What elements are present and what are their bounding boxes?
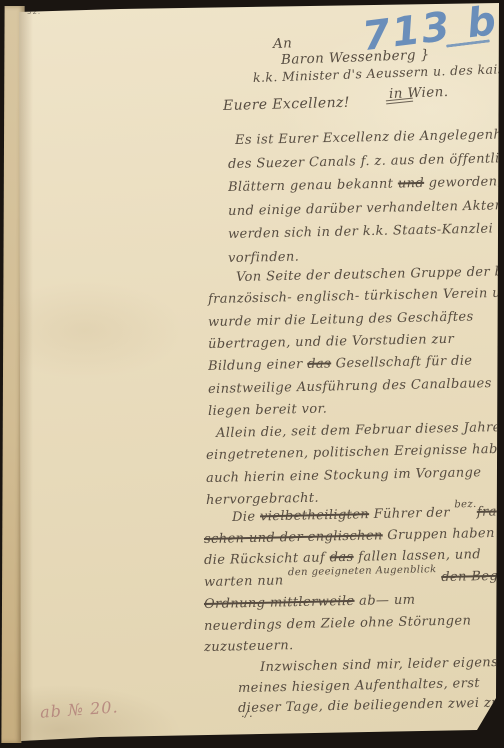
struck-text: den Beginn der gesetzlichen (441, 566, 504, 585)
letter-line: meines hiesigen Aufenthaltes, erst (238, 675, 480, 695)
handwritten-text: liegen bereit vor. (208, 401, 328, 418)
enclosure-margin-mark: ./. (241, 707, 253, 720)
handwritten-text: Von Seite der deutschen Gruppe der bethe… (236, 263, 504, 285)
handwritten-text: Die (232, 509, 260, 525)
handwritten-text: die Rücksicht auf (204, 551, 330, 569)
letter-line: werden sich in der k.k. Staats-Kanzlei (228, 221, 493, 242)
handwritten-text: Bildung einer (208, 357, 308, 374)
handwritten-text: fallen lassen, und (353, 548, 481, 566)
struck-text: franzö (477, 504, 504, 520)
handwritten-text: geworden, (424, 174, 502, 191)
handwritten-text: wurde mir die Leitung des Geschäftes (208, 309, 474, 330)
pencil-corner-mark: 32. (27, 8, 41, 16)
letter-line: des Suezer Canals f. z. aus den öffentli… (228, 150, 504, 171)
address-line-an: An (273, 35, 293, 52)
handwritten-text: übertragen, und die Vorstudien zur (208, 332, 454, 352)
handwritten-text: werden sich in der k.k. Staats-Kanzlei (228, 221, 493, 242)
letter-line: vorfinden. (228, 249, 300, 265)
handwritten-text: neuerdings dem Ziele ohne Störungen (204, 613, 472, 634)
letter-line: hervorgebracht. (206, 491, 319, 508)
letter-line: wurde mir die Leitung des Geschäftes (208, 309, 474, 330)
handwritten-text: Allein die, seit dem Februar dieses Jahr… (216, 420, 504, 441)
handwritten-text: Gruppen haben aber (383, 525, 504, 543)
letter-line: einstweilige Ausführung des Canalbaues (208, 376, 492, 397)
letter-line: dieser Tage, die beiliegenden zwei zu g. (238, 695, 504, 716)
letter-line: eingetretenen, politischen Ereignisse ha… (206, 442, 504, 463)
letter-line: und einige darüber verhandelten Akten (228, 198, 504, 219)
letter-line: warten nun den geeigneten Augenblick den… (204, 566, 504, 590)
letter-line: Inzwischen sind mir, leider eigens (260, 655, 499, 675)
letter-line: Von Seite der deutschen Gruppe der bethe… (236, 263, 504, 285)
handwritten-text: ab— um (354, 592, 415, 608)
handwritten-text: eingetretenen, politischen Ereignisse ha… (206, 442, 504, 463)
interlinear-insertion: bez. (454, 499, 477, 510)
letter-line: liegen bereit vor. (208, 401, 328, 418)
handwritten-text: meines hiesigen Aufenthaltes, erst (238, 675, 480, 695)
struck-text: das (307, 357, 331, 372)
struck-text: und (398, 176, 425, 192)
letter-line: Allein die, seit dem Februar dieses Jahr… (216, 420, 504, 441)
handwritten-text: warten nun (204, 573, 288, 590)
handwritten-text: französisch- englisch- türkischen Verein… (208, 286, 504, 308)
handwritten-text: auch hierin eine Stockung im Vorgange (206, 465, 482, 486)
letter-line: Blättern genau bekannt und geworden, (228, 174, 502, 195)
salutation: Euere Excellenz! (223, 95, 350, 114)
handwritten-text: und einige darüber verhandelten Akten (228, 198, 504, 219)
struck-text: schen und der englischen (204, 528, 383, 547)
handwritten-text: Es ist Eurer Excellenz die Angelegenheit (235, 127, 504, 148)
letter-line: zuzusteuern. (204, 638, 294, 655)
handwritten-text: Inzwischen sind mir, leider eigens (260, 655, 499, 675)
struck-text: Ordnung mittlerweile (204, 594, 355, 612)
handwritten-text: hervorgebracht. (206, 491, 319, 508)
handwritten-text: Blättern genau bekannt (228, 176, 398, 195)
letter-sheet: 32. 713 b An Baron Wessenberg } k.k. Min… (0, 0, 504, 748)
archival-note-red: ab № 20. (39, 697, 119, 721)
letter-line: Es ist Eurer Excellenz die Angelegenheit (235, 127, 504, 148)
handwritten-text: Führer der (369, 505, 455, 522)
letter-line: Die vielbetheiligten Führer der bez.fran… (232, 504, 504, 525)
struck-text: vielbetheiligten (260, 507, 369, 524)
letter-line: übertragen, und die Vorstudien zur (208, 332, 454, 352)
letter-line: französisch- englisch- türkischen Verein… (208, 286, 504, 308)
handwritten-text: dieser Tage, die beiliegenden zwei zu g. (238, 695, 504, 716)
scanned-letter-photo: 32. 713 b An Baron Wessenberg } k.k. Min… (0, 0, 504, 748)
letter-line: schen und der englischen Gruppen haben a… (204, 525, 504, 547)
handwritten-text: Gesellschaft für die (331, 354, 473, 372)
struck-text: das (330, 550, 354, 565)
handwritten-text: des Suezer Canals f. z. aus den öffentli… (228, 150, 504, 171)
handwritten-text: vorfinden. (228, 249, 300, 265)
page-left-shadow (19, 8, 33, 744)
handwritten-text: einstweilige Ausführung des Canalbaues (208, 376, 492, 397)
letter-line: Bildung einer das Gesellschaft für die (208, 354, 473, 375)
interlinear-insertion: den geeigneten Augenblick (288, 564, 437, 578)
letter-line: neuerdings dem Ziele ohne Störungen (204, 613, 472, 634)
handwritten-text: zuzusteuern. (204, 638, 294, 655)
letter-line: auch hierin eine Stockung im Vorgange (206, 465, 482, 486)
letter-line: Ordnung mittlerweile ab— um (204, 592, 416, 611)
